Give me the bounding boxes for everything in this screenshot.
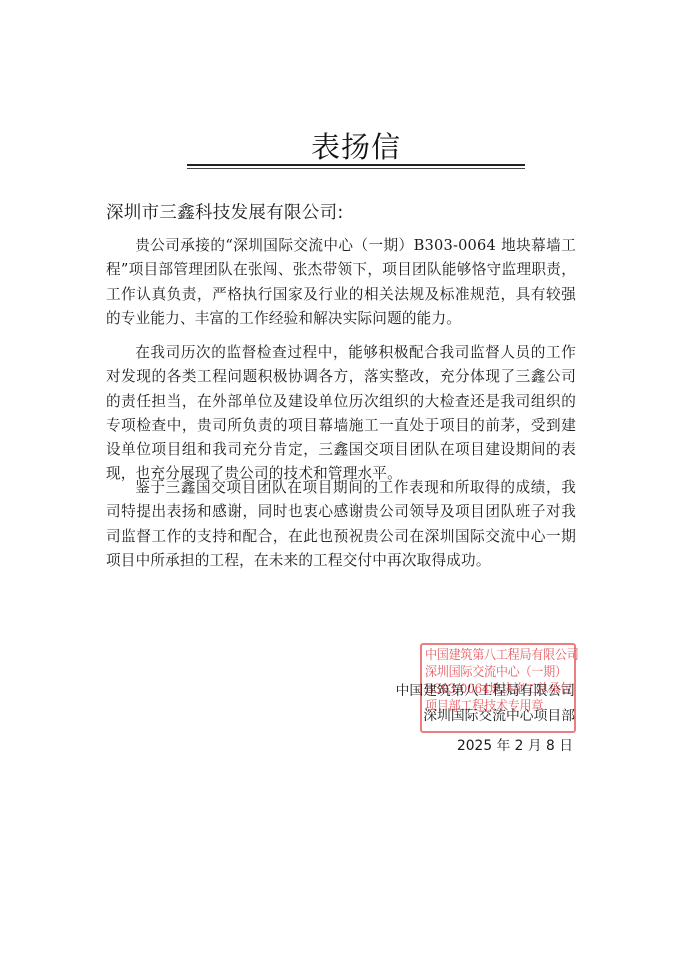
title-block: 表扬信 <box>187 130 525 170</box>
paragraph-3: 鉴于三鑫国交项目团队在项目期间的工作表现和所取得的成绩，我司特提出表扬和感谢，同… <box>106 476 576 573</box>
salutation: 深圳市三鑫科技发展有限公司: <box>106 201 344 225</box>
stamp-line-1: 中国建筑第八工程局有限公司 <box>425 647 561 664</box>
signature-date: 2025 年 2 月 8 日 <box>457 734 573 754</box>
page-title: 表扬信 <box>187 130 525 164</box>
letter-page: 表扬信 深圳市三鑫科技发展有限公司: 贵公司承接的“深圳国际交流中心（一期）B3… <box>0 0 677 957</box>
title-underline <box>187 164 525 166</box>
title-underline-secondary <box>187 168 525 169</box>
paragraph-1: 贵公司承接的“深圳国际交流中心（一期）B303-0064 地块幕墙工程”项目部管… <box>106 234 576 331</box>
signature-department: 深圳国际交流中心项目部 <box>423 704 575 724</box>
signature-company: 中国建筑第八工程局有限公司 <box>396 679 575 699</box>
paragraph-2: 在我司历次的监督检查过程中，能够积极配合我司监督人员的工作对发现的各类工程问题积… <box>106 341 576 487</box>
